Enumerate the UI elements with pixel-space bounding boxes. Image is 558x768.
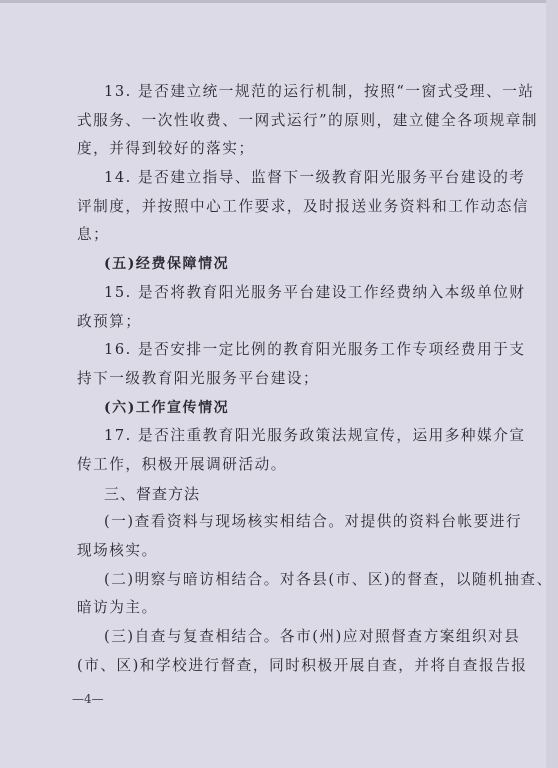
subheading-publicity: (六)工作宣传情况 xyxy=(77,394,477,423)
item-13-line-2: 式服务、一次性收费、一网式运行”的原则，建立健全各项规章制 xyxy=(77,107,477,136)
item-15-line-2: 政预算； xyxy=(77,308,477,337)
method-3-line-2: (市、区)和学校进行督查，同时积极开展自查，并将自查报告报 xyxy=(77,652,477,681)
subheading-funding: (五)经费保障情况 xyxy=(77,250,477,279)
item-16-line-2: 持下一级教育阳光服务平台建设； xyxy=(77,365,477,394)
scan-edge xyxy=(546,0,558,768)
section-heading-methods: 三、督查方法 xyxy=(77,480,477,509)
item-16-line-1: 16. 是否安排一定比例的教育阳光服务工作专项经费用于支 xyxy=(77,336,477,365)
document-page: 13. 是否建立统一规范的运行机制，按照“一窗式受理、一站 式服务、一次性收费、… xyxy=(0,0,547,768)
method-3-line-1: (三)自查与复查相结合。各市(州)应对照督查方案组织对县 xyxy=(77,623,477,652)
item-13-line-3: 度，并得到较好的落实； xyxy=(77,135,477,164)
item-14-line-1: 14. 是否建立指导、监督下一级教育阳光服务平台建设的考 xyxy=(77,164,477,193)
item-17-line-1: 17. 是否注重教育阳光服务政策法规宣传，运用多种媒介宣 xyxy=(77,422,477,451)
item-13-line-1: 13. 是否建立统一规范的运行机制，按照“一窗式受理、一站 xyxy=(77,78,477,107)
method-1-line-1: (一)查看资料与现场核实相结合。对提供的资料台帐要进行 xyxy=(77,508,477,537)
method-2-line-1: (二)明察与暗访相结合。对各县(市、区)的督查，以随机抽查、 xyxy=(77,566,477,595)
page-top-edge xyxy=(0,0,546,3)
item-14-line-3: 息； xyxy=(77,221,477,250)
item-17-line-2: 传工作，积极开展调研活动。 xyxy=(77,451,477,480)
page-number: —4— xyxy=(72,692,104,706)
item-15-line-1: 15. 是否将教育阳光服务平台建设工作经费纳入本级单位财 xyxy=(77,279,477,308)
method-1-line-2: 现场核实。 xyxy=(77,537,477,566)
item-14-line-2: 评制度，并按照中心工作要求，及时报送业务资料和工作动态信 xyxy=(77,193,477,222)
method-2-line-2: 暗访为主。 xyxy=(77,594,477,623)
document-body: 13. 是否建立统一规范的运行机制，按照“一窗式受理、一站 式服务、一次性收费、… xyxy=(77,78,477,680)
